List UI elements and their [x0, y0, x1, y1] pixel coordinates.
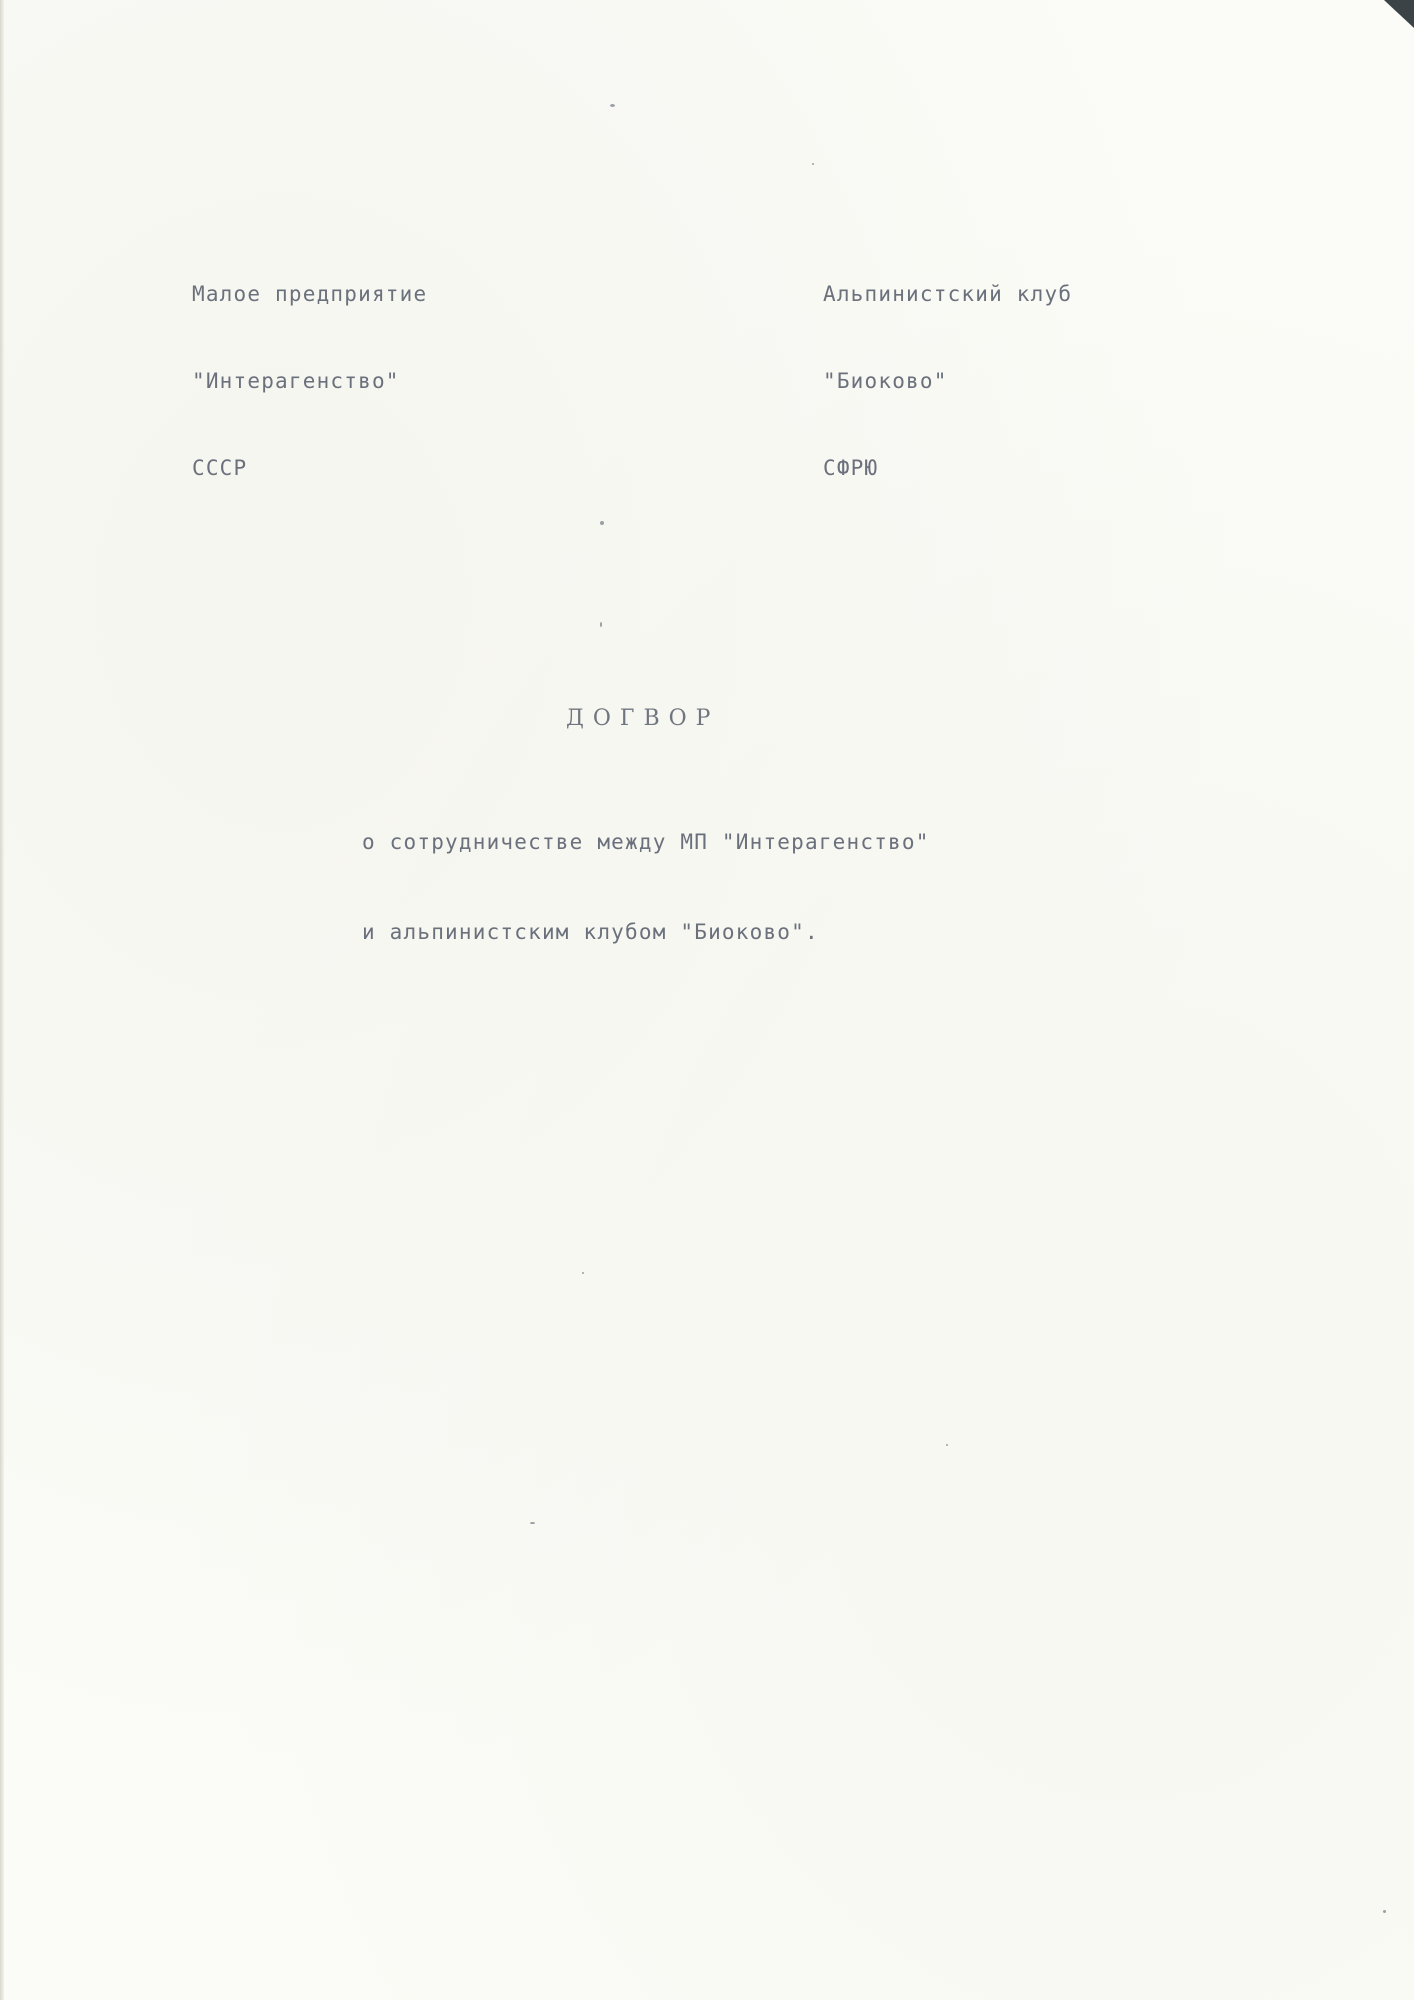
left-party-type: Малое предприятие — [192, 280, 427, 309]
left-party-name: "Интерагенство" — [192, 367, 427, 396]
paper-speck — [1383, 1910, 1386, 1913]
paper-speck — [600, 521, 604, 525]
right-party-type: Альпинистский клуб — [823, 280, 1072, 309]
paper-speck — [610, 104, 615, 107]
paper-edge — [0, 0, 4, 2000]
right-party-name: "Биоково" — [823, 367, 1072, 396]
document-subtitle: о сотрудничестве между МП "Интерагенство… — [362, 767, 930, 1007]
left-party-country: СССР — [192, 454, 427, 483]
paper-speck — [946, 1444, 948, 1446]
document-page: Малое предприятие "Интерагенство" СССР А… — [0, 0, 1414, 2000]
paper-speck — [812, 163, 814, 165]
paper-speck — [600, 622, 602, 627]
paper-speck — [582, 1272, 584, 1274]
folded-corner — [1384, 0, 1414, 28]
document-title: Д О Г В О Р — [566, 706, 711, 731]
subtitle-line-1: о сотрудничестве между МП "Интерагенство… — [362, 827, 930, 857]
paper-speck — [530, 1522, 535, 1524]
subtitle-line-2: и альпинистским клубом "Биоково". — [362, 917, 930, 947]
right-party-country: СФРЮ — [823, 454, 1072, 483]
left-party-header: Малое предприятие "Интерагенство" СССР — [192, 222, 427, 541]
right-party-header: Альпинистский клуб "Биоково" СФРЮ — [823, 222, 1072, 541]
